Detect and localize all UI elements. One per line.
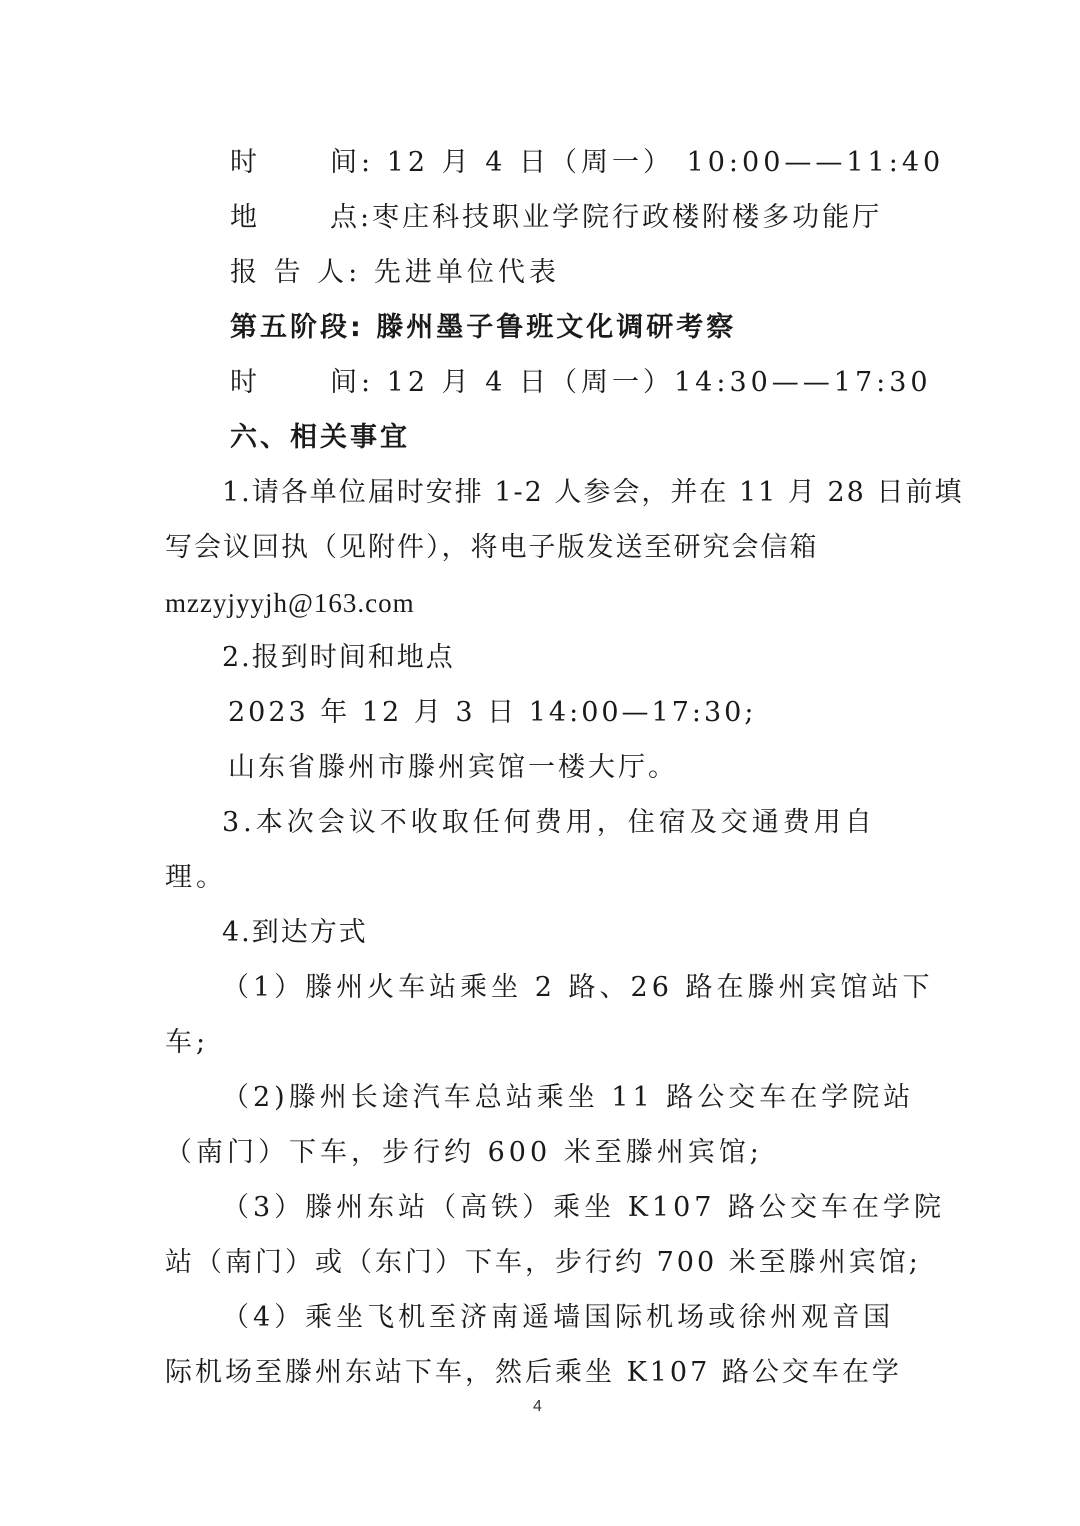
route1-line1: （1）滕州火车站乘坐 2 路、26 路在滕州宾馆站下 [222, 968, 933, 1008]
route1-line2: 车; [165, 1023, 209, 1063]
item2-place: 山东省滕州市滕州宾馆一楼大厅。 [228, 748, 678, 788]
stage5-time-line: 时间: 12 月 4 日（周一）14:30——17:30 [230, 363, 932, 403]
place-label-b: 点: [330, 202, 372, 233]
section6-heading: 六、相关事宜 [230, 418, 410, 458]
time-value: 12 月 4 日（周一）14:30——17:30 [387, 367, 932, 398]
time-label-b: 间: [330, 147, 374, 178]
reporter-label: 报 告 人: [230, 257, 361, 288]
route2-line1: （2)滕州长途汽车总站乘坐 11 路公交车在学院站 [222, 1078, 914, 1118]
item1-line1: 1.请各单位届时安排 1-2 人参会，并在 11 月 28 日前填 [222, 473, 963, 513]
time-label-a: 时 [230, 363, 330, 403]
item3-line1: 3.本次会议不收取任何费用，住宿及交通费用自 [222, 803, 876, 843]
stage4-reporter-line: 报 告 人: 先进单位代表 [230, 253, 560, 293]
time-label-b: 间: [330, 367, 374, 398]
item1-line2: 写会议回执（见附件），将电子版发送至研究会信箱 [165, 528, 819, 568]
reporter-value: 先进单位代表 [374, 257, 560, 288]
item2-title: 2.报到时间和地点 [222, 638, 455, 678]
route3-line2: 站（南门）或（东门）下车，步行约 700 米至滕州宾馆; [165, 1243, 921, 1283]
route4-line1: （4）乘坐飞机至济南遥墙国际机场或徐州观音国 [222, 1298, 894, 1338]
item1-email: mzzyjyyjh@163.com [165, 583, 415, 623]
page-number: 4 [533, 1398, 542, 1416]
item2-time: 2023 年 12 月 3 日 14:00—17:30; [228, 693, 756, 733]
time-label-a: 时 [230, 143, 330, 183]
route4-line2: 际机场至滕州东站下车，然后乘坐 K107 路公交车在学 [165, 1353, 902, 1393]
stage4-place-line: 地点:枣庄科技职业学院行政楼附楼多功能厅 [230, 198, 882, 238]
time-value: 12 月 4 日（周一） 10:00——11:40 [387, 147, 944, 178]
stage4-time-line: 时间: 12 月 4 日（周一） 10:00——11:40 [230, 143, 944, 183]
item4-title: 4.到达方式 [222, 913, 368, 953]
route2-line2: （南门）下车，步行约 600 米至滕州宾馆; [165, 1133, 763, 1173]
item3-line2: 理。 [165, 858, 227, 898]
stage5-heading: 第五阶段: 滕州墨子鲁班文化调研考察 [230, 308, 736, 348]
place-label-a: 地 [230, 198, 330, 238]
route3-line1: （3）滕州东站（高铁）乘坐 K107 路公交车在学院 [222, 1188, 945, 1228]
place-value: 枣庄科技职业学院行政楼附楼多功能厅 [372, 202, 882, 233]
